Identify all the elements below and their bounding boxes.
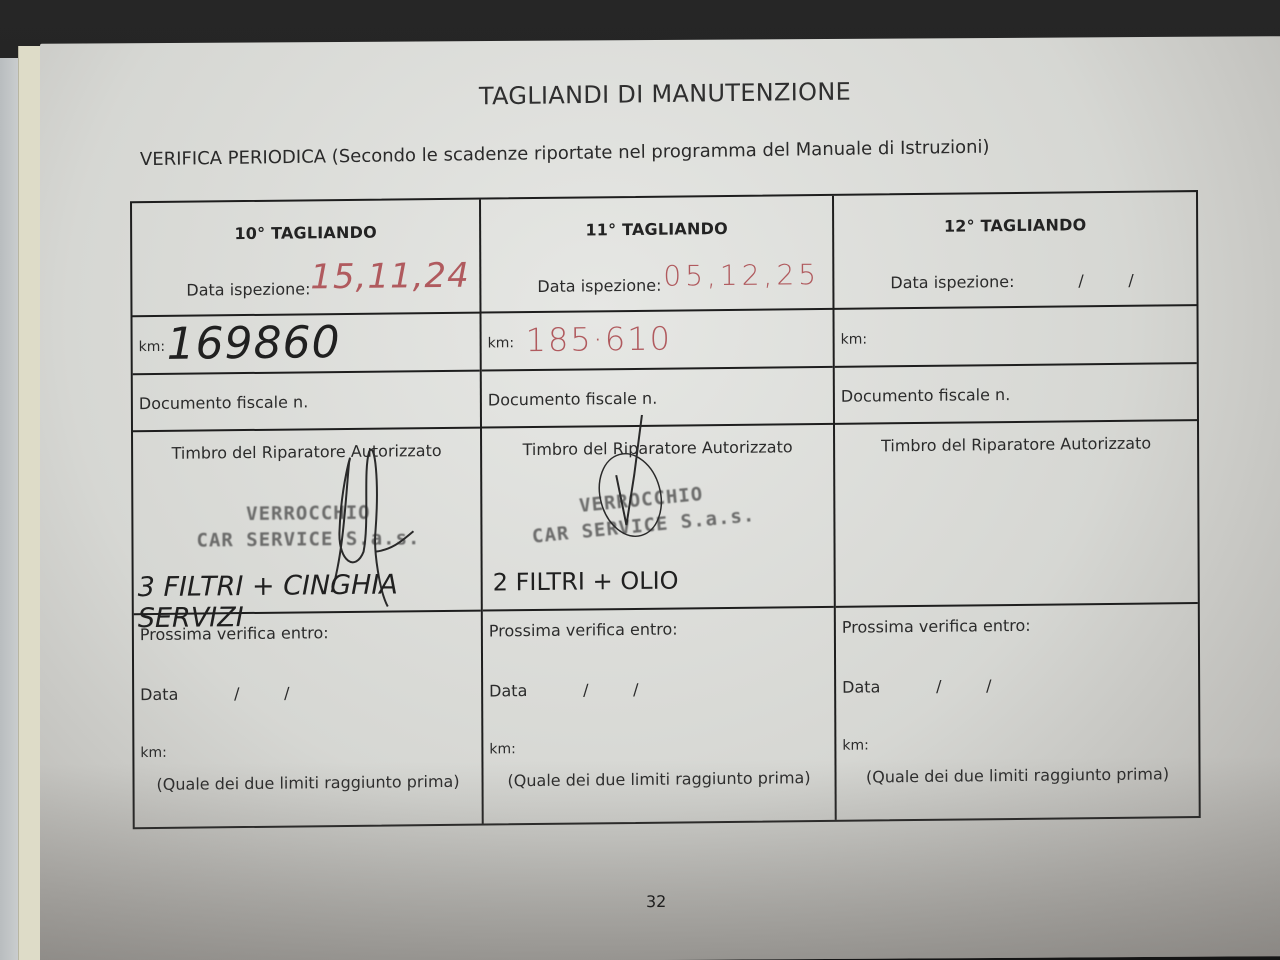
next-km-label: km:: [140, 745, 167, 761]
next-km-label: km:: [842, 738, 869, 754]
service-title: 11° TAGLIANDO: [481, 218, 832, 241]
next-check-label: Prossima verifica entro:: [842, 616, 1031, 637]
service-header-cell: 10° TAGLIANDO Data ispezione: 15,11,24: [132, 200, 479, 318]
next-check-cell: Prossima verifica entro: Data / / km: (Q…: [483, 608, 835, 824]
date-slash: /: [234, 684, 239, 703]
km-label: km:: [139, 339, 166, 355]
km-value[interactable]: 169860: [167, 317, 341, 370]
stamp-cell[interactable]: Timbro del Riparatore Autorizzato: [835, 421, 1198, 608]
inspection-date-label: Data ispezione:: [186, 279, 310, 299]
next-km-label: km:: [489, 741, 516, 757]
date-slash: /: [633, 680, 638, 699]
date-slash: /: [1078, 271, 1083, 290]
page-number: 32: [646, 892, 666, 911]
inspection-date-value[interactable]: 05,12,25: [663, 258, 820, 293]
fiscal-document-label: Documento fiscale n.: [139, 392, 308, 413]
date-slash: /: [583, 680, 588, 699]
next-date-label: Data: [842, 677, 880, 696]
inspection-date-value[interactable]: 15,11,24: [310, 256, 470, 298]
service-header-cell: 12° TAGLIANDO Data ispezione: / /: [834, 192, 1196, 310]
stamp-line-1: VERROCCHIO: [193, 499, 423, 527]
workshop-stamp: VERROCCHIO CAR SERVICE S.a.s.: [193, 499, 423, 553]
inspection-date-label: Data ispezione:: [537, 276, 661, 296]
service-title: 12° TAGLIANDO: [834, 214, 1196, 237]
workshop-stamp: VERROCCHIO CAR SERVICE S.a.s.: [521, 475, 765, 550]
service-notes[interactable]: 2 FILTRI + OLIO: [493, 566, 679, 596]
stamp-label: Timbro del Riparatore Autorizzato: [133, 441, 480, 464]
date-slash: /: [284, 684, 289, 703]
stamp-label: Timbro del Riparatore Autorizzato: [835, 433, 1197, 456]
fiscal-document-label: Documento fiscale n.: [488, 389, 657, 410]
next-check-cell: Prossima verifica entro: Data / / km: (Q…: [836, 604, 1199, 820]
km-label: km:: [841, 332, 868, 348]
stamp-cell: Timbro del Riparatore Autorizzato VERROC…: [133, 429, 481, 616]
service-title: 10° TAGLIANDO: [132, 222, 479, 245]
date-slash: /: [1128, 271, 1133, 290]
service-header-cell: 11° TAGLIANDO Data ispezione: 05,12,25: [481, 196, 832, 314]
km-cell: km:: [834, 306, 1196, 368]
service-column-12: 12° TAGLIANDO Data ispezione: / / km: Do…: [834, 192, 1199, 820]
next-check-label: Prossima verifica entro:: [140, 623, 329, 644]
service-column-11: 11° TAGLIANDO Data ispezione: 05,12,25 k…: [481, 196, 837, 824]
fiscal-document-cell: Documento fiscale n.: [133, 372, 480, 433]
booklet-page: TAGLIANDI DI MANUTENZIONE VERIFICA PERIO…: [40, 36, 1280, 960]
km-value[interactable]: 185·610: [526, 320, 672, 360]
whichever-first-note: (Quale dei due limiti raggiunto prima): [135, 772, 482, 795]
km-cell: km: 185·610: [482, 310, 833, 372]
stamp-label: Timbro del Riparatore Autorizzato: [482, 437, 833, 460]
fiscal-document-cell: Documento fiscale n.: [835, 364, 1197, 425]
service-column-10: 10° TAGLIANDO Data ispezione: 15,11,24 k…: [132, 200, 484, 828]
km-cell: km: 169860: [133, 314, 480, 376]
inspection-date-label: Data ispezione:: [890, 272, 1014, 292]
booklet-page-edge: [18, 46, 41, 960]
stamp-line-2: CAR SERVICE S.a.s.: [193, 525, 423, 553]
whichever-first-note: (Quale dei due limiti raggiunto prima): [836, 764, 1198, 787]
fiscal-document-label: Documento fiscale n.: [841, 385, 1010, 406]
fiscal-document-cell: Documento fiscale n.: [482, 368, 833, 429]
page-subtitle: VERIFICA PERIODICA (Secondo le scadenze …: [140, 137, 990, 171]
maintenance-table: 10° TAGLIANDO Data ispezione: 15,11,24 k…: [130, 190, 1201, 829]
date-slash: /: [936, 677, 941, 696]
next-date-label: Data: [489, 681, 527, 700]
next-check-label: Prossima verifica entro:: [489, 620, 678, 641]
km-label: km:: [488, 335, 515, 351]
next-date-label: Data: [140, 685, 178, 704]
date-slash: /: [986, 676, 991, 695]
stamp-cell: Timbro del Riparatore Autorizzato VERROC…: [482, 425, 834, 612]
page-title: TAGLIANDI DI MANUTENZIONE: [470, 77, 860, 110]
whichever-first-note: (Quale dei due limiti raggiunto prima): [484, 768, 835, 791]
next-check-cell: Prossima verifica entro: Data / / km: (Q…: [134, 612, 482, 828]
